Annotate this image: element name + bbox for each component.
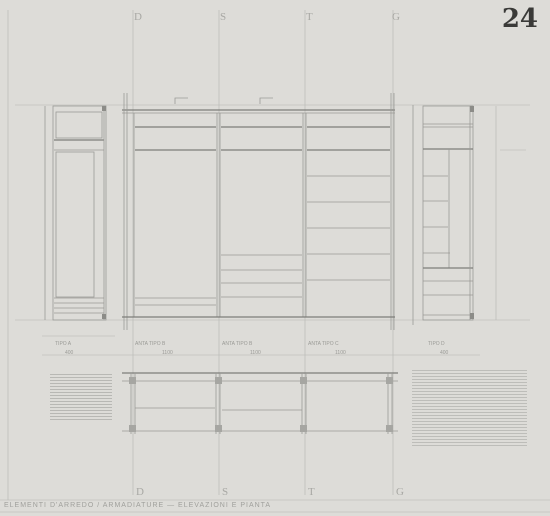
grid-marker: T — [308, 486, 315, 498]
title-strip: ELEMENTI D'ARREDO / ARMADIATURE — ELEVAZ… — [4, 502, 544, 512]
grid-marker: S — [222, 486, 228, 498]
notes-right: Specifiche materiali e tabella dimension… — [412, 368, 527, 446]
left-side-elevation — [45, 106, 106, 320]
dim-value: 1100 — [335, 350, 346, 356]
grid-marker: D — [136, 486, 144, 498]
front-elevation — [122, 93, 395, 330]
grid-marker: G — [396, 486, 404, 498]
dim-label: ANTA TIPO B — [222, 341, 253, 347]
dim-value: 1100 — [162, 350, 173, 356]
notes-left: Note di costruzione (testo illeggibile) — [50, 372, 112, 422]
dim-label: ANTA TIPO B — [135, 341, 166, 347]
plan-view — [122, 373, 398, 434]
dim-label: TIPO D — [428, 341, 445, 347]
grid-marker: D — [134, 11, 142, 23]
grid-marker: T — [306, 11, 313, 23]
grid-markers-top: D S T G — [134, 11, 400, 23]
grid-marker: G — [392, 11, 400, 23]
right-side-elevation — [413, 105, 526, 325]
grid-lines — [8, 10, 393, 500]
dim-value: 400 — [65, 350, 74, 356]
dimension-row: TIPO A 400 ANTA TIPO B 1100 ANTA TIPO B … — [42, 336, 480, 356]
dim-value: 400 — [440, 350, 449, 356]
grid-markers-bottom: D S T G — [136, 486, 404, 498]
dim-label: TIPO A — [55, 341, 72, 347]
dim-value: 1100 — [250, 350, 261, 356]
dim-label: ANTA TIPO C — [308, 341, 339, 347]
drawing-sheet: 24 D S T G D S T G — [0, 0, 550, 516]
grid-marker: S — [220, 11, 226, 23]
